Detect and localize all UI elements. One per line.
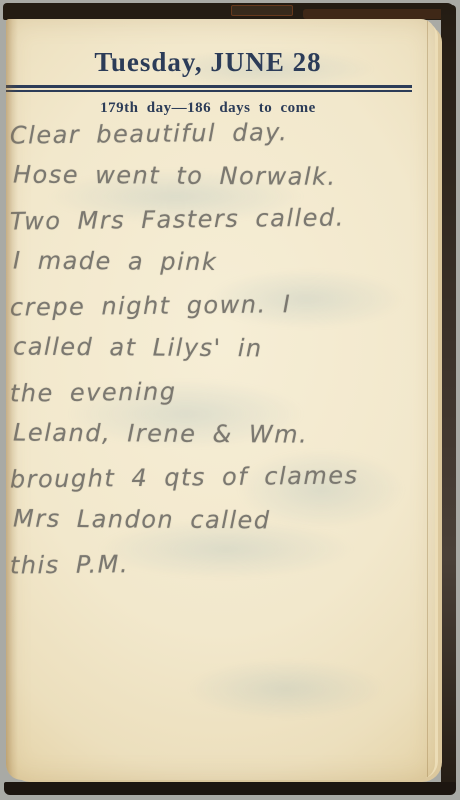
entry-line: I made a pink [10, 247, 428, 293]
entry-line: Leland, Irene & Wm. [10, 419, 428, 465]
page-edge-crease [427, 19, 428, 780]
entry-line: Mrs Landon called [10, 505, 428, 551]
header-divider-rule [6, 85, 412, 92]
entry-line: brought 4 qts of clames [10, 460, 428, 508]
book-cover-top-edge [3, 3, 455, 20]
entry-line: Clear beautiful day. [10, 116, 428, 164]
cover-wear-patch [303, 9, 443, 19]
cover-wear-patch [231, 5, 293, 16]
entry-line: called at Lilys' in [10, 333, 428, 379]
entry-line: Two Mrs Fasters called. [10, 202, 428, 250]
scanner-background: Tuesday, JUNE 28 179th day—186 days to c… [0, 0, 460, 800]
book-cover-bottom-edge [4, 782, 456, 795]
entry-line: the evening [10, 374, 428, 422]
day-count-subtitle: 179th day—186 days to come [6, 100, 410, 117]
binding-gutter-shadow [6, 19, 18, 780]
entry-line: Hose went to Norwalk. [10, 161, 428, 207]
entry-lines: Clear beautiful day.Hose went to Norwalk… [10, 119, 428, 592]
diary-page: Tuesday, JUNE 28 179th day—186 days to c… [6, 19, 435, 780]
ink-bleedthrough [186, 659, 386, 719]
entry-line: this P.M. [10, 546, 428, 594]
entry-line: crepe night gown. I [10, 288, 428, 336]
page-title-date: Tuesday, JUNE 28 [6, 47, 410, 78]
book-cover-right-edge [441, 5, 456, 793]
